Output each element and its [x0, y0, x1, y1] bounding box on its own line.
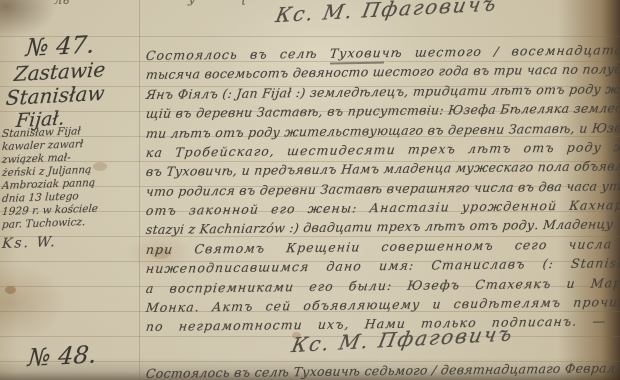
margin-annotation-line: par. Tuchowicz. — [2, 216, 86, 231]
body-text-line: при Святомъ Крещеніи совершенномъ сего ч… — [145, 236, 620, 257]
body-text-line: ти лѣтъ отъ роду жительствующаго въ дере… — [145, 119, 620, 141]
record-number-48: № 48. — [27, 340, 98, 372]
handwriting-fragment: ι — [241, 0, 246, 9]
body-text-line: отъ законной его жены: Анастазіи урожден… — [145, 196, 620, 218]
margin-child-name: Stanisław — [5, 81, 106, 110]
body-text-line: нижеподписавшимся дано имя: Станиславъ (… — [145, 255, 620, 276]
body-text-line: въ Туховичѣ, и предъявилъ Намъ младенца … — [145, 158, 620, 179]
margin-annotation-line: związek mał- — [2, 152, 72, 166]
body-text-line: а воспріемниками его были: Юзефъ Стахеяк… — [145, 275, 620, 296]
paper-stain — [93, 162, 107, 171]
body-text-line: Монка. Актъ сей объявляющему и свидѣтеля… — [145, 293, 620, 315]
body-text-line: щій въ деревни Заставѣ, въ присутствіи: … — [145, 99, 620, 121]
register-page: ль у ι Кс. М. Пфаговичъ № 47. Zastawie S… — [0, 0, 620, 380]
record48-first-line: Состоялось въ селѣ Туховичѣ седьмого / д… — [145, 359, 620, 380]
body-text-line: ка Тробейскаго, шестидесяти трехъ лѣтъ о… — [145, 137, 620, 160]
body-text-line: Янъ Фіялъ (: Jan Fijał :) земледѣлецъ, т… — [145, 80, 620, 102]
officiant-signature-top: Кс. М. Пфаговичъ — [274, 0, 500, 27]
paper-stain — [5, 286, 16, 294]
margin-annotation-signature: Ks. W. — [1, 234, 57, 252]
margin-annotation-line: Ambroziak panną — [2, 177, 96, 192]
handwriting-fragment: у — [188, 0, 196, 7]
body-text-line: что родился въ деревни Заставѣ вчерашняг… — [145, 178, 620, 199]
margin-rule — [139, 0, 140, 380]
handwriting-fragment: ль — [54, 0, 69, 8]
body-text-line: Состоялось въ селѣ Туховичѣ шестого / во… — [145, 41, 620, 63]
body-text-line: stazyi z Kachniarzów :) двадцати трехъ л… — [145, 216, 614, 237]
